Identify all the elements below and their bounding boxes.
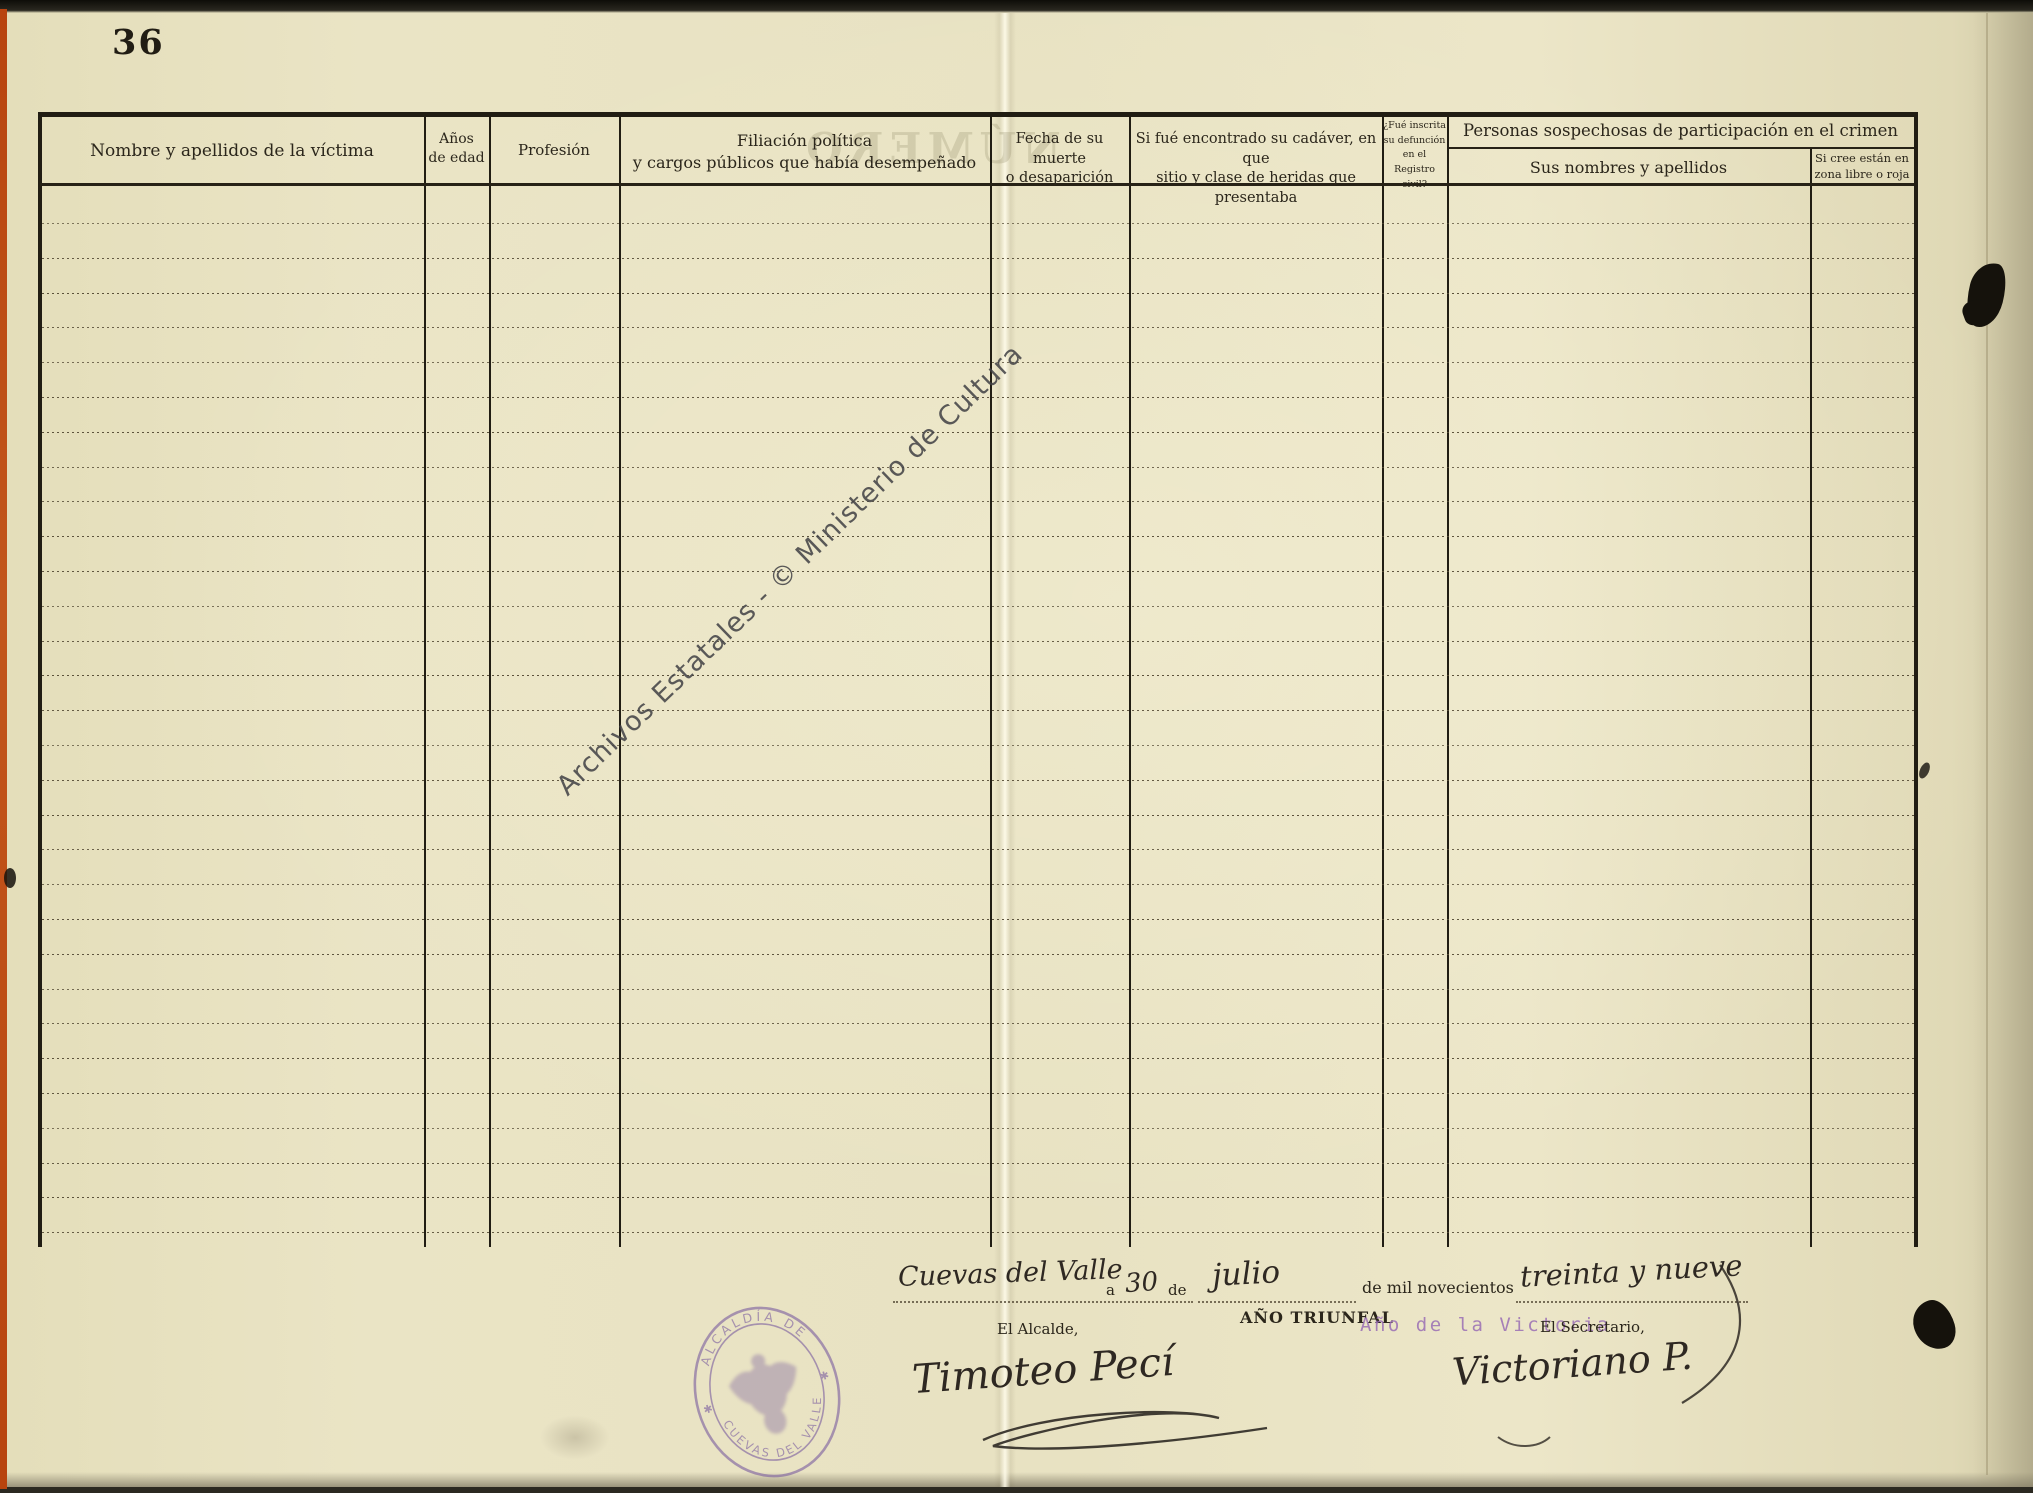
group-header-rule	[1449, 147, 1914, 149]
table-row-rule	[42, 745, 1915, 746]
group-header-sospechosos: Personas sospechosas de participación en…	[1447, 120, 1914, 142]
place-handwritten: Cuevas del Valle	[898, 1254, 1124, 1293]
table-row-rule	[42, 849, 1915, 850]
ink-blob-lower-right	[1908, 1295, 1960, 1354]
col-rule-8-inner	[1810, 149, 1812, 1247]
table-row-rule	[42, 501, 1915, 502]
secretario-rubric-flourish	[1420, 1255, 1780, 1465]
col-rule-1	[424, 113, 426, 1247]
ink-speck-right	[1917, 761, 1932, 780]
col-header-victima: Nombre y apellidos de la víctima	[40, 140, 424, 163]
scan-edge-bottom	[0, 1487, 2033, 1493]
printed-a: a	[1106, 1281, 1115, 1299]
alcalde-signature: Timoteo Pecí	[911, 1339, 1176, 1403]
alcalde-rubric-flourish	[975, 1398, 1275, 1458]
place-underline	[893, 1299, 1193, 1303]
header-bottom-rule	[40, 183, 1914, 186]
printed-de: de	[1168, 1281, 1186, 1299]
table-row-rule	[42, 675, 1915, 676]
table-row-rule	[42, 919, 1915, 920]
svg-text:ALCALDÍA DE: ALCALDÍA DE	[687, 1295, 813, 1371]
col-header-registro: ¿Fué inscrita su defunción en el Registr…	[1382, 119, 1447, 193]
alcalde-label: El Alcalde,	[997, 1320, 1079, 1338]
table-row-rule	[42, 710, 1915, 711]
page-edge-right	[1973, 13, 2033, 1487]
table-row-rule	[42, 641, 1915, 642]
table-row-rule	[42, 536, 1915, 537]
col-rule-6	[1382, 113, 1384, 1247]
table-row-rule	[42, 989, 1915, 990]
alcaldia-oval-seal: ALCALDÍA DE CUEVAS DEL VALLE ✱ ✱	[671, 1287, 864, 1493]
month-underline	[1198, 1299, 1356, 1303]
table-row-rule	[42, 1058, 1915, 1059]
scan-edge-bottom-shadow	[0, 1472, 2033, 1487]
table-row-rule	[42, 1232, 1915, 1233]
col-rule-7	[1447, 113, 1449, 1247]
col-rule-5	[1129, 113, 1131, 1247]
col-header-zona: Si cree están en zona libre o roja	[1810, 151, 1914, 182]
table-row-rule	[42, 1023, 1915, 1024]
table-row-rule	[42, 432, 1915, 433]
table-row-rule	[42, 954, 1915, 955]
col-header-fecha: Fecha de su muerte o desaparición	[990, 130, 1129, 189]
table-row-rule	[42, 1163, 1915, 1164]
table-row-rule	[42, 780, 1915, 781]
paper-smudge	[540, 1415, 610, 1460]
col-header-cadaver: Si fué encontrado su cadáver, en que sit…	[1131, 130, 1381, 208]
page-number: 36	[112, 22, 165, 63]
table-border-left	[38, 113, 42, 1247]
table-row-rule	[42, 293, 1915, 294]
col-header-nombres: Sus nombres y apellidos	[1447, 157, 1810, 179]
table-row-rule	[42, 467, 1915, 468]
table-row-rule	[42, 327, 1915, 328]
table-row-rule	[42, 223, 1915, 224]
table-row-rule	[42, 884, 1915, 885]
table-row-rule	[42, 1093, 1915, 1094]
table-row-rule	[42, 815, 1915, 816]
table-row-rule	[42, 606, 1915, 607]
col-rule-3	[619, 113, 621, 1247]
scan-edge-left-red	[0, 9, 7, 1489]
victims-register-table: Nombre y apellidos de la víctima Años de…	[40, 113, 1917, 1247]
table-row-rule	[42, 1197, 1915, 1198]
table-row-rule	[42, 571, 1915, 572]
scan-edge-top	[0, 0, 2033, 13]
table-row-rule	[42, 362, 1915, 363]
seal-star-right: ✱	[818, 1369, 830, 1384]
month-handwritten: julio	[1211, 1254, 1281, 1294]
seal-text-top: ALCALDÍA DE	[687, 1295, 813, 1371]
table-border-right	[1914, 113, 1918, 1247]
table-border-top	[38, 112, 1918, 117]
table-row-rule	[42, 1128, 1915, 1129]
col-header-edad: Años de edad	[424, 130, 489, 168]
ink-speck-left-edge	[4, 868, 16, 888]
col-header-profesion: Profesión	[489, 140, 619, 160]
col-rule-4	[990, 113, 992, 1247]
page-edge-right-line	[1986, 13, 1988, 1475]
day-handwritten: 30	[1124, 1267, 1159, 1299]
scanned-register-page: 36 NÚMERO Nombre y apellidos de la vícti…	[0, 0, 2033, 1493]
col-header-filiacion: Filiación política y cargos públicos que…	[619, 130, 990, 173]
col-rule-2	[489, 113, 491, 1247]
table-row-rule	[42, 258, 1915, 259]
